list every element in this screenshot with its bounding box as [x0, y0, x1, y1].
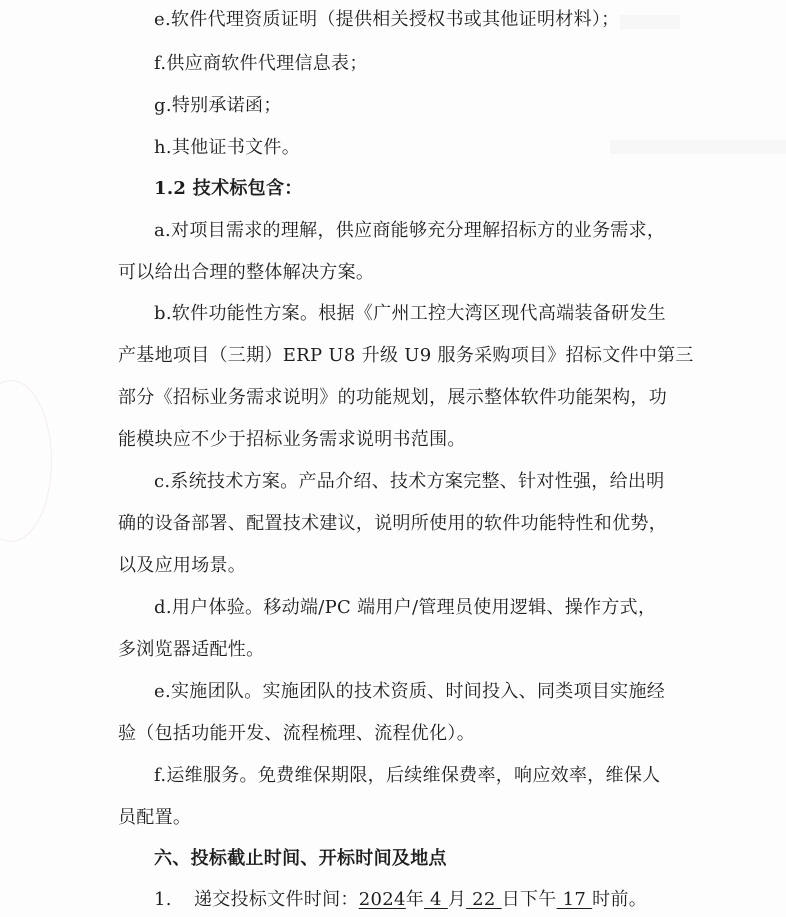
- deadline-year: 2024: [359, 889, 406, 910]
- tech-item-b-line1: b.软件功能性方案。根据《广州工控大湾区现代高端装备研发生: [154, 302, 666, 326]
- hour-unit: 时前。: [592, 889, 647, 910]
- tech-item-b-line2: 产基地项目（三期）ERP U8 升级 U9 服务采购项目》招标文件中第三: [118, 344, 694, 368]
- tech-item-a-line1: a.对项目需求的理解，供应商能够充分理解招标方的业务需求，: [154, 219, 665, 243]
- deadline-month: 4: [424, 889, 448, 910]
- list-item-f: f.供应商软件代理信息表；: [154, 52, 368, 76]
- day-unit: 日下午: [502, 889, 557, 910]
- tech-item-b-line4: 能模块应不少于招标业务需求说明书范围。: [118, 428, 466, 452]
- deadline-hour: 17: [557, 889, 593, 910]
- tech-item-f-line1: f.运维服务。免费维保期限，后续维保费率，响应效率，维保人: [154, 764, 660, 788]
- document-page: e.软件代理资质证明（提供相关授权书或其他证明材料）； f.供应商软件代理信息表…: [0, 0, 786, 917]
- deadline-day: 22: [466, 889, 502, 910]
- deadline-item: 1.递交投标文件时间：2024年 4 月 22 日下午 17 时前。: [154, 888, 647, 912]
- tech-item-e-line1: e.实施团队。实施团队的技术资质、时间投入、同类项目实施经: [154, 680, 665, 704]
- section-6-heading: 六、投标截止时间、开标时间及地点: [154, 847, 447, 871]
- tech-item-d-line1: d.用户体验。移动端/PC 端用户/管理员使用逻辑、操作方式，: [154, 596, 656, 620]
- tech-item-c-line1: c.系统技术方案。产品介绍、技术方案完整、针对性强，给出明: [154, 470, 665, 494]
- tech-item-c-line2: 确的设备部署、配置技术建议，说明所使用的软件功能特性和优势，: [118, 512, 667, 536]
- bleed-through-mark: [620, 15, 680, 29]
- year-unit: 年: [406, 889, 424, 910]
- list-item-h: h.其他证书文件。: [154, 136, 300, 160]
- faint-stamp-mark: [0, 380, 52, 542]
- month-unit: 月: [448, 889, 466, 910]
- tech-item-a-line2: 可以给出合理的整体解决方案。: [118, 261, 374, 285]
- tech-item-f-line2: 员配置。: [118, 806, 191, 830]
- list-item-g: g.特别承诺函；: [154, 94, 282, 118]
- list-item-e: e.软件代理资质证明（提供相关授权书或其他证明材料）；: [154, 8, 619, 32]
- tech-item-c-line3: 以及应用场景。: [118, 554, 246, 578]
- deadline-label: 递交投标文件时间：: [194, 889, 359, 910]
- tech-item-b-line3: 部分《招标业务需求说明》的功能规划，展示整体软件功能架构，功: [118, 386, 667, 410]
- list-number: 1.: [154, 888, 194, 912]
- bleed-through-mark: [610, 140, 786, 154]
- section-heading-tech: 1.2 技术标包含：: [154, 177, 303, 201]
- tech-item-e-line2: 验（包括功能开发、流程梳理、流程优化）。: [118, 722, 475, 746]
- tech-item-d-line2: 多浏览器适配性。: [118, 638, 264, 662]
